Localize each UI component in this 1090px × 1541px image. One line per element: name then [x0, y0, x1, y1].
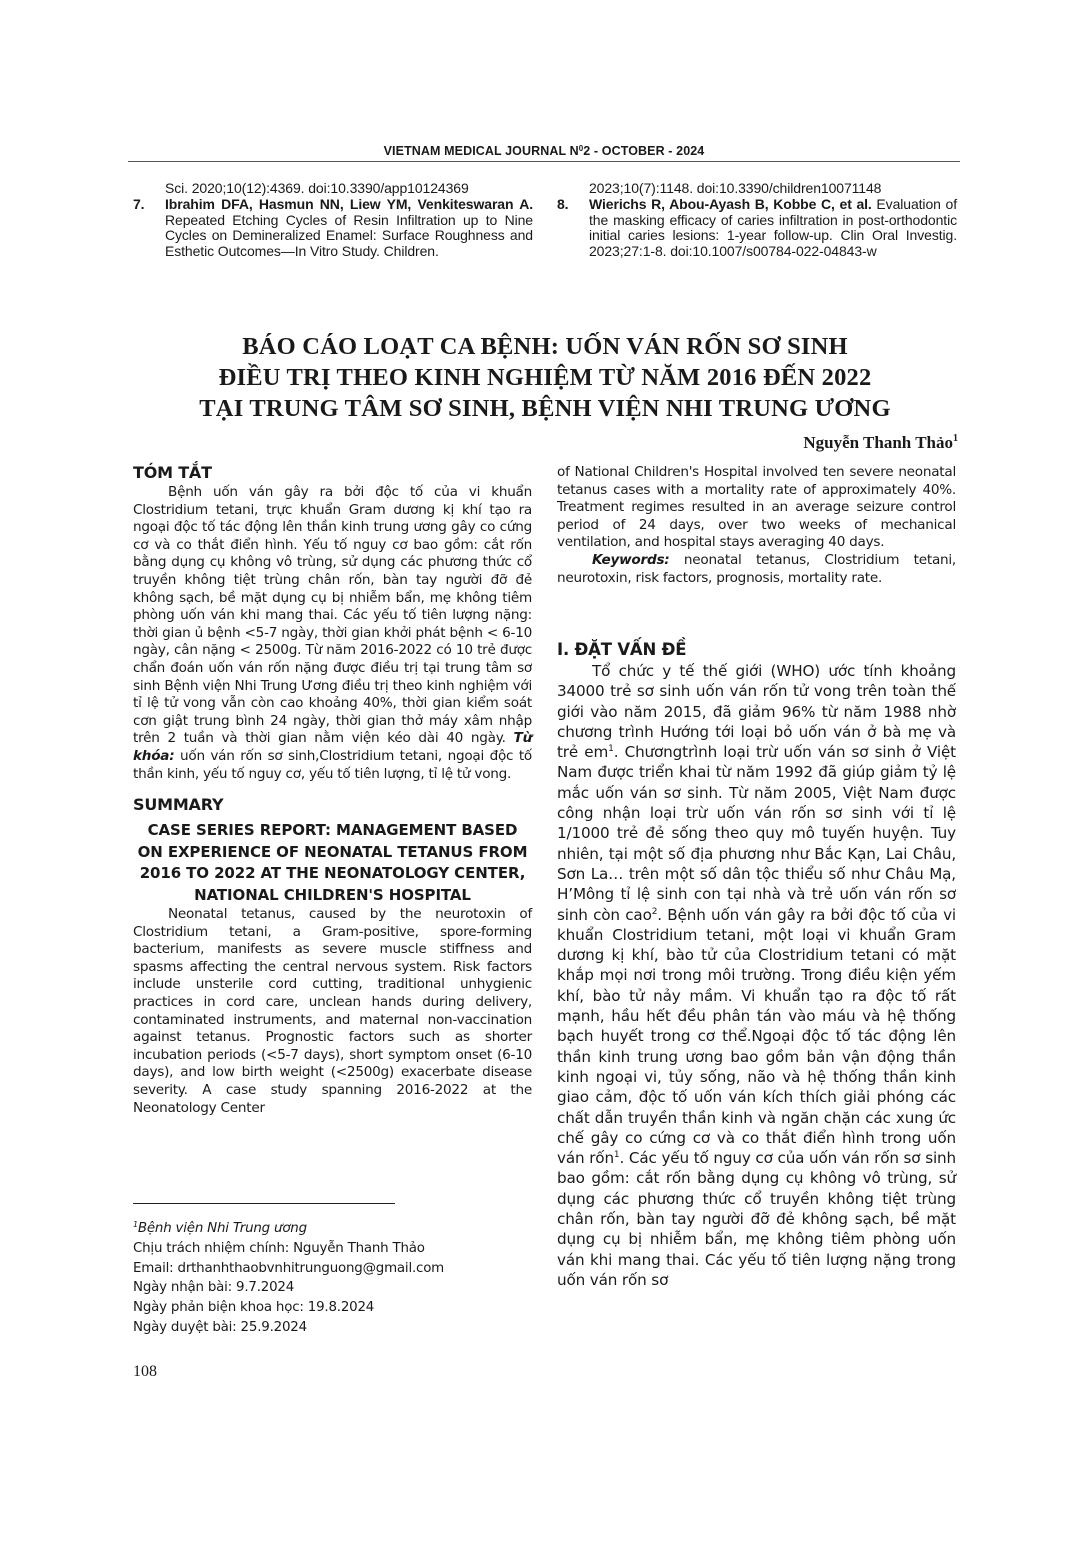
reference-item-8: 8.Wierichs R, Abou-Ayash B, Kobbe C, et … — [557, 197, 957, 260]
title-line-1: BÁO CÁO LOẠT CA BỆNH: UỐN VÁN RỐN SƠ SIN… — [150, 331, 940, 362]
reference-continuation: Sci. 2020;10(12):4369. doi:10.3390/app10… — [133, 181, 533, 197]
summary-body-part-2: of National Children's Hospital involved… — [557, 464, 956, 552]
footnote-corresponding-author: Chịu trách nhiệm chính: Nguyễn Thanh Thả… — [133, 1239, 533, 1259]
header-rule — [128, 161, 960, 162]
running-head: VIETNAM MEDICAL JOURNAL N02 - OCTOBER - … — [128, 144, 960, 158]
summary-title: CASE SERIES REPORT: MANAGEMENT BASED ON … — [133, 820, 532, 906]
abstract-vi-text: Bệnh uốn ván gây ra bởi độc tố của vi kh… — [133, 484, 532, 746]
reference-number: 7. — [133, 197, 144, 213]
journal-page: VIETNAM MEDICAL JOURNAL N02 - OCTOBER - … — [0, 0, 1090, 1541]
footnote-received-date: Ngày nhận bài: 9.7.2024 — [133, 1278, 533, 1298]
intro-body: Tổ chức y tế thế giới (WHO) ước tính kho… — [557, 661, 956, 1290]
footnote-rule — [133, 1203, 395, 1204]
reference-text: Repeated Etching Cycles of Resin Infiltr… — [165, 212, 533, 260]
reference-authors: Ibrahim DFA, Hasmun NN, Liew YM, Venkite… — [165, 196, 533, 212]
right-column-intro: I. ĐẶT VẤN ĐỀ Tổ chức y tế thế giới (WHO… — [557, 639, 956, 1290]
author-byline: Nguyễn Thanh Thảo1 — [803, 433, 958, 453]
references-left: Sci. 2020;10(12):4369. doi:10.3390/app10… — [133, 181, 533, 260]
footnote-affiliation: 1Bệnh viện Nhi Trung ương — [133, 1215, 533, 1239]
footnotes: 1Bệnh viện Nhi Trung ương Chịu trách nhi… — [133, 1215, 533, 1338]
abstract-vi-heading: TÓM TẮT — [133, 462, 532, 484]
reference-authors: Wierichs R, Abou-Ayash B, Kobbe C, et al… — [589, 196, 872, 212]
title-line-2: ĐIỀU TRỊ THEO KINH NGHIỆM TỪ NĂM 2016 ĐẾ… — [150, 362, 940, 393]
summary-keywords-label: Keywords: — [592, 552, 669, 568]
intro-text-3: . Bệnh uốn ván gây ra bởi độc tố của vi … — [557, 906, 956, 1168]
affiliation-text: Bệnh viện Nhi Trung ương — [138, 1221, 307, 1236]
references-right: 2023;10(7):1148. doi:10.3390/children100… — [557, 181, 957, 260]
abstract-vi-body: Bệnh uốn ván gây ra bởi độc tố của vi kh… — [133, 484, 532, 783]
author-affiliation-marker: 1 — [953, 433, 958, 444]
reference-number: 8. — [557, 197, 568, 213]
article-title: BÁO CÁO LOẠT CA BỆNH: UỐN VÁN RỐN SƠ SIN… — [150, 331, 940, 424]
running-head-issue: 2 - OCTOBER - 2024 — [583, 144, 704, 158]
abstract-vi-keywords: uốn ván rốn sơ sinh,Clostridium tetani, … — [133, 748, 532, 782]
summary-body-part-1: Neonatal tetanus, caused by the neurotox… — [133, 906, 532, 1117]
title-line-3: TẠI TRUNG TÂM SƠ SINH, BỆNH VIỆN NHI TRU… — [150, 393, 940, 424]
reference-continuation: 2023;10(7):1148. doi:10.3390/children100… — [557, 181, 957, 197]
intro-text-2: . Chươngtrình loại trừ uốn ván sơ sinh ở… — [557, 743, 956, 923]
footnote-email: Email: drthanhthaobvnhitrunguong@gmail.c… — [133, 1259, 533, 1279]
running-head-journal: VIETNAM MEDICAL JOURNAL N — [384, 144, 579, 158]
footnote-reviewed-date: Ngày phản biện khoa học: 19.8.2024 — [133, 1298, 533, 1318]
summary-keywords: Keywords: neonatal tetanus, Clostridium … — [557, 552, 956, 587]
intro-heading: I. ĐẶT VẤN ĐỀ — [557, 639, 956, 661]
right-column-summary: of National Children's Hospital involved… — [557, 464, 956, 587]
author-name: Nguyễn Thanh Thảo — [803, 433, 953, 452]
intro-text-4: . Các yếu tố nguy cơ của uốn ván rốn sơ … — [557, 1149, 956, 1289]
summary-heading: SUMMARY — [133, 794, 532, 816]
reference-item-7: 7.Ibrahim DFA, Hasmun NN, Liew YM, Venki… — [133, 197, 533, 260]
page-number: 108 — [133, 1363, 157, 1381]
left-column: TÓM TẮT Bệnh uốn ván gây ra bởi độc tố c… — [133, 462, 532, 1117]
footnote-accepted-date: Ngày duyệt bài: 25.9.2024 — [133, 1318, 533, 1338]
